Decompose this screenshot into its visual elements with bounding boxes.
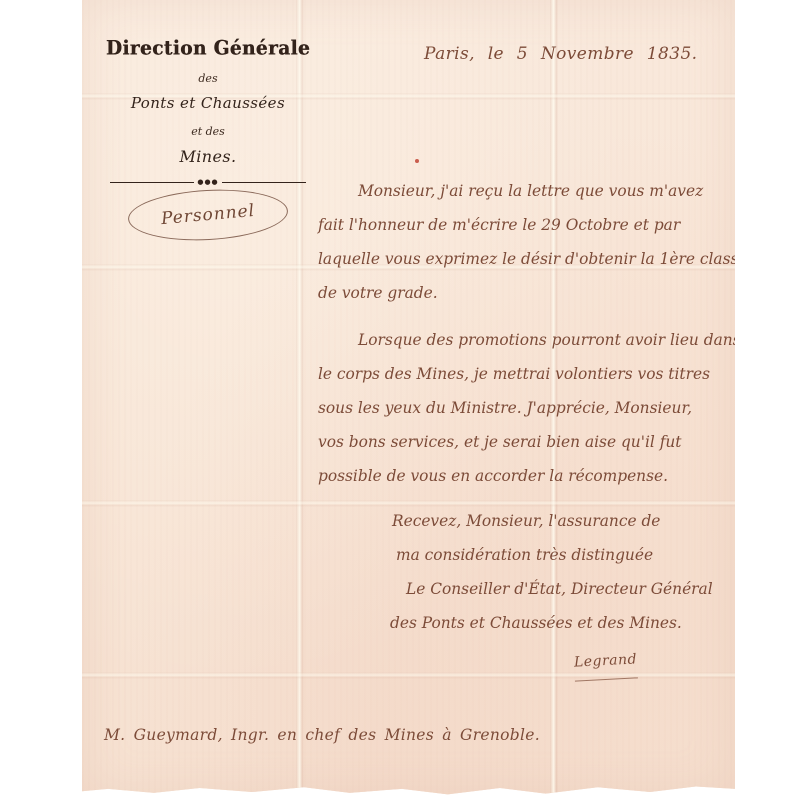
letterhead-des-1: des: [102, 72, 314, 85]
ink-speck: [415, 159, 419, 163]
divider-ornament-icon: ●●●: [194, 179, 221, 186]
closing-line: Le Conseiller d'État, Directeur Général: [406, 572, 722, 606]
body-line: Monsieur, j'ai reçu la lettre que vous m…: [318, 174, 722, 208]
body-line: vos bons services, et je serai bien aise…: [318, 425, 722, 459]
body-line: le corps des Mines, je mettrai volontier…: [318, 357, 722, 391]
body-line: laquelle vous exprimez le désir d'obteni…: [318, 242, 722, 276]
scan-background: Direction Générale des Ponts et Chaussée…: [0, 0, 800, 800]
bureau-oval: Personnel: [127, 186, 289, 244]
body-line: de votre grade.: [318, 276, 722, 310]
letterhead-mines: Mines.: [102, 147, 314, 166]
body-line: sous les yeux du Ministre. J'apprécie, M…: [318, 391, 722, 425]
closing-line: Recevez, Monsieur, l'assurance de: [392, 504, 722, 538]
recipient-line: M. Gueymard, Ingr. en chef des Mines à G…: [104, 726, 540, 744]
body-line: Lorsque des promotions pourront avoir li…: [318, 323, 722, 357]
paragraph-2: Lorsque des promotions pourront avoir li…: [318, 323, 722, 493]
letter-paper: Direction Générale des Ponts et Chaussée…: [82, 0, 735, 796]
paragraph-1: Monsieur, j'ai reçu la lettre que vous m…: [318, 174, 722, 310]
body-line: fait l'honneur de m'écrire le 29 Octobre…: [318, 208, 722, 242]
letterhead-divider: ●●●: [110, 179, 306, 186]
letter-body: Monsieur, j'ai reçu la lettre que vous m…: [318, 174, 722, 680]
closing-block: Recevez, Monsieur, l'assurance de ma con…: [318, 504, 722, 680]
bureau-label: Personnel: [160, 201, 256, 229]
letterhead-ponts-et-chaussees: Ponts et Chaussées: [102, 94, 314, 112]
body-line: possible de vous en accorder la récompen…: [318, 459, 722, 493]
signature: Legrand: [573, 642, 638, 681]
closing-line: des Ponts et Chaussées et des Mines.: [390, 606, 722, 640]
letterhead-title: Direction Générale: [102, 37, 314, 59]
letterhead-et-des: et des: [102, 125, 314, 138]
closing-line: ma considération très distinguée: [396, 538, 722, 572]
letterhead: Direction Générale des Ponts et Chaussée…: [102, 38, 314, 240]
dateline: Paris, le 5 Novembre 1835.: [424, 44, 697, 64]
